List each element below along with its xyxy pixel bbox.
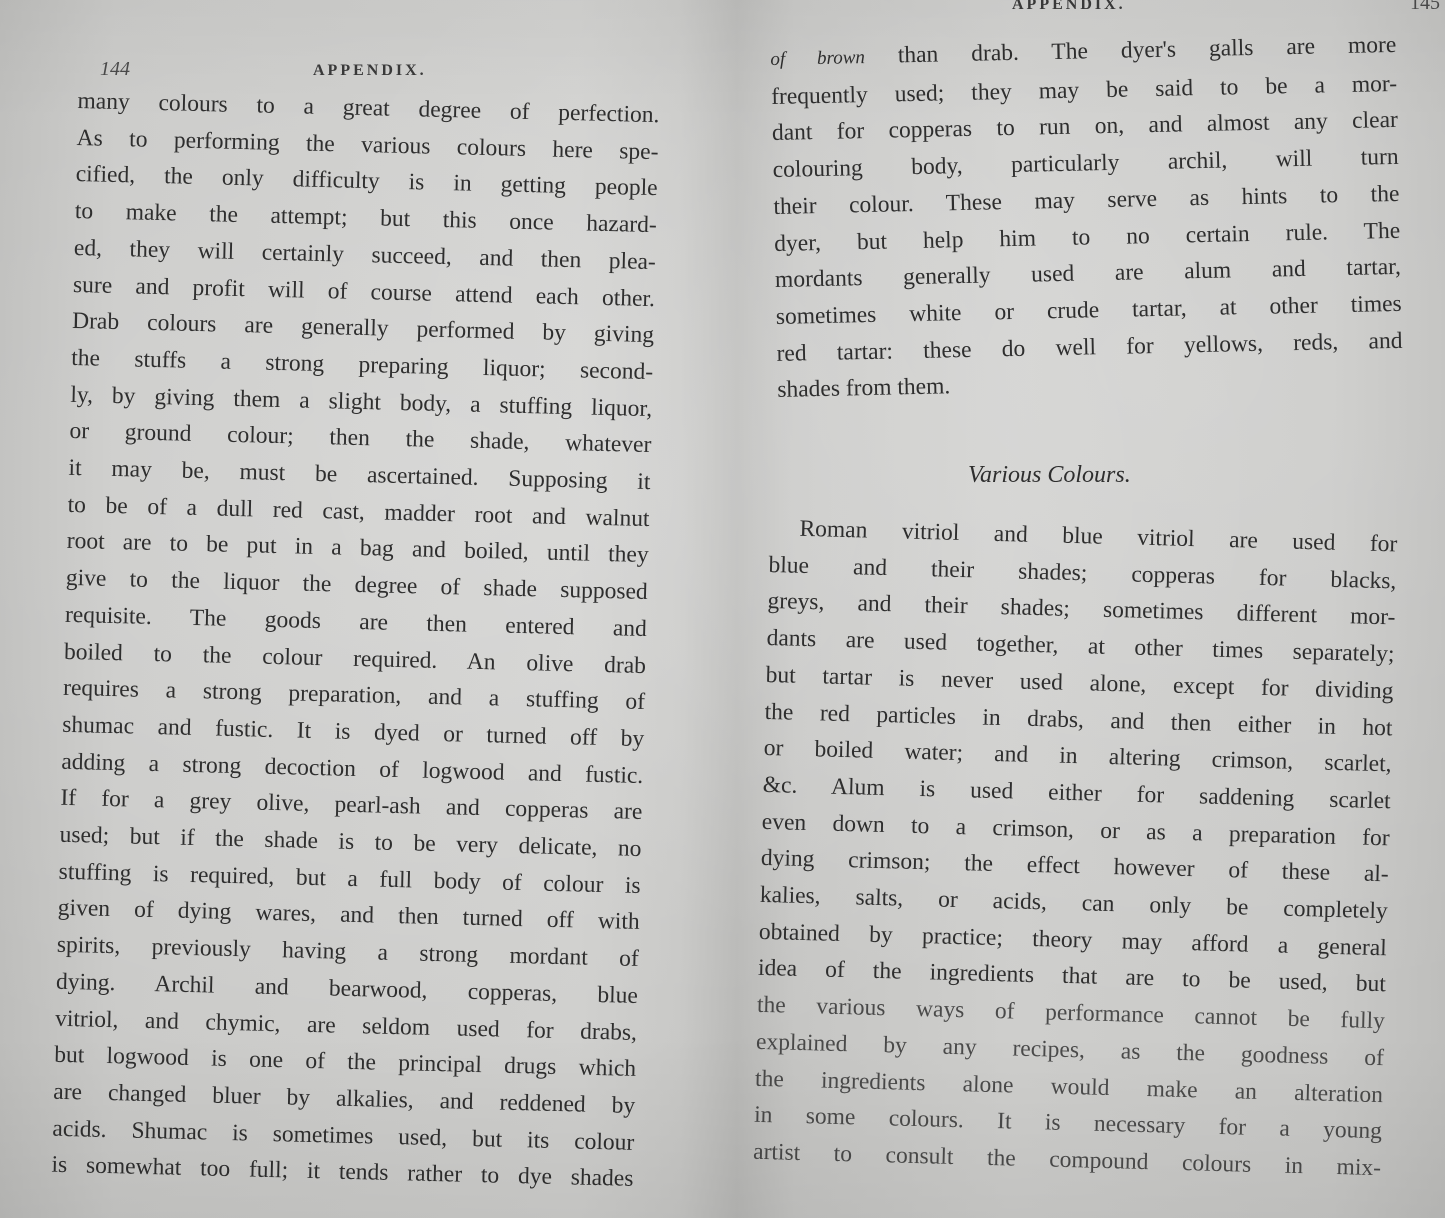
left-page: 144 APPENDIX. many colours to a great de… (0, 0, 700, 1218)
body-text-section-1: of brown than drab. The dyer's galls are… (770, 27, 1404, 409)
catchword: of brown (770, 47, 865, 70)
page-number: 145 (1410, 0, 1440, 15)
text-line-rest: than drab. The dyer's galls are more (898, 32, 1397, 68)
right-page: APPENDIX. 145 of brown than drab. The dy… (740, 0, 1445, 1218)
book-spread: 144 APPENDIX. many colours to a great de… (0, 0, 1445, 1218)
section-heading: Various Colours. (968, 462, 1131, 489)
body-text: many colours to a great degree of perfec… (51, 83, 660, 1198)
running-head: APPENDIX. (313, 62, 427, 80)
page-number: 144 (100, 58, 130, 81)
running-head: APPENDIX. (1012, 0, 1126, 14)
body-text-section-2: Roman vitriol and blue vitriol are used … (753, 510, 1398, 1187)
